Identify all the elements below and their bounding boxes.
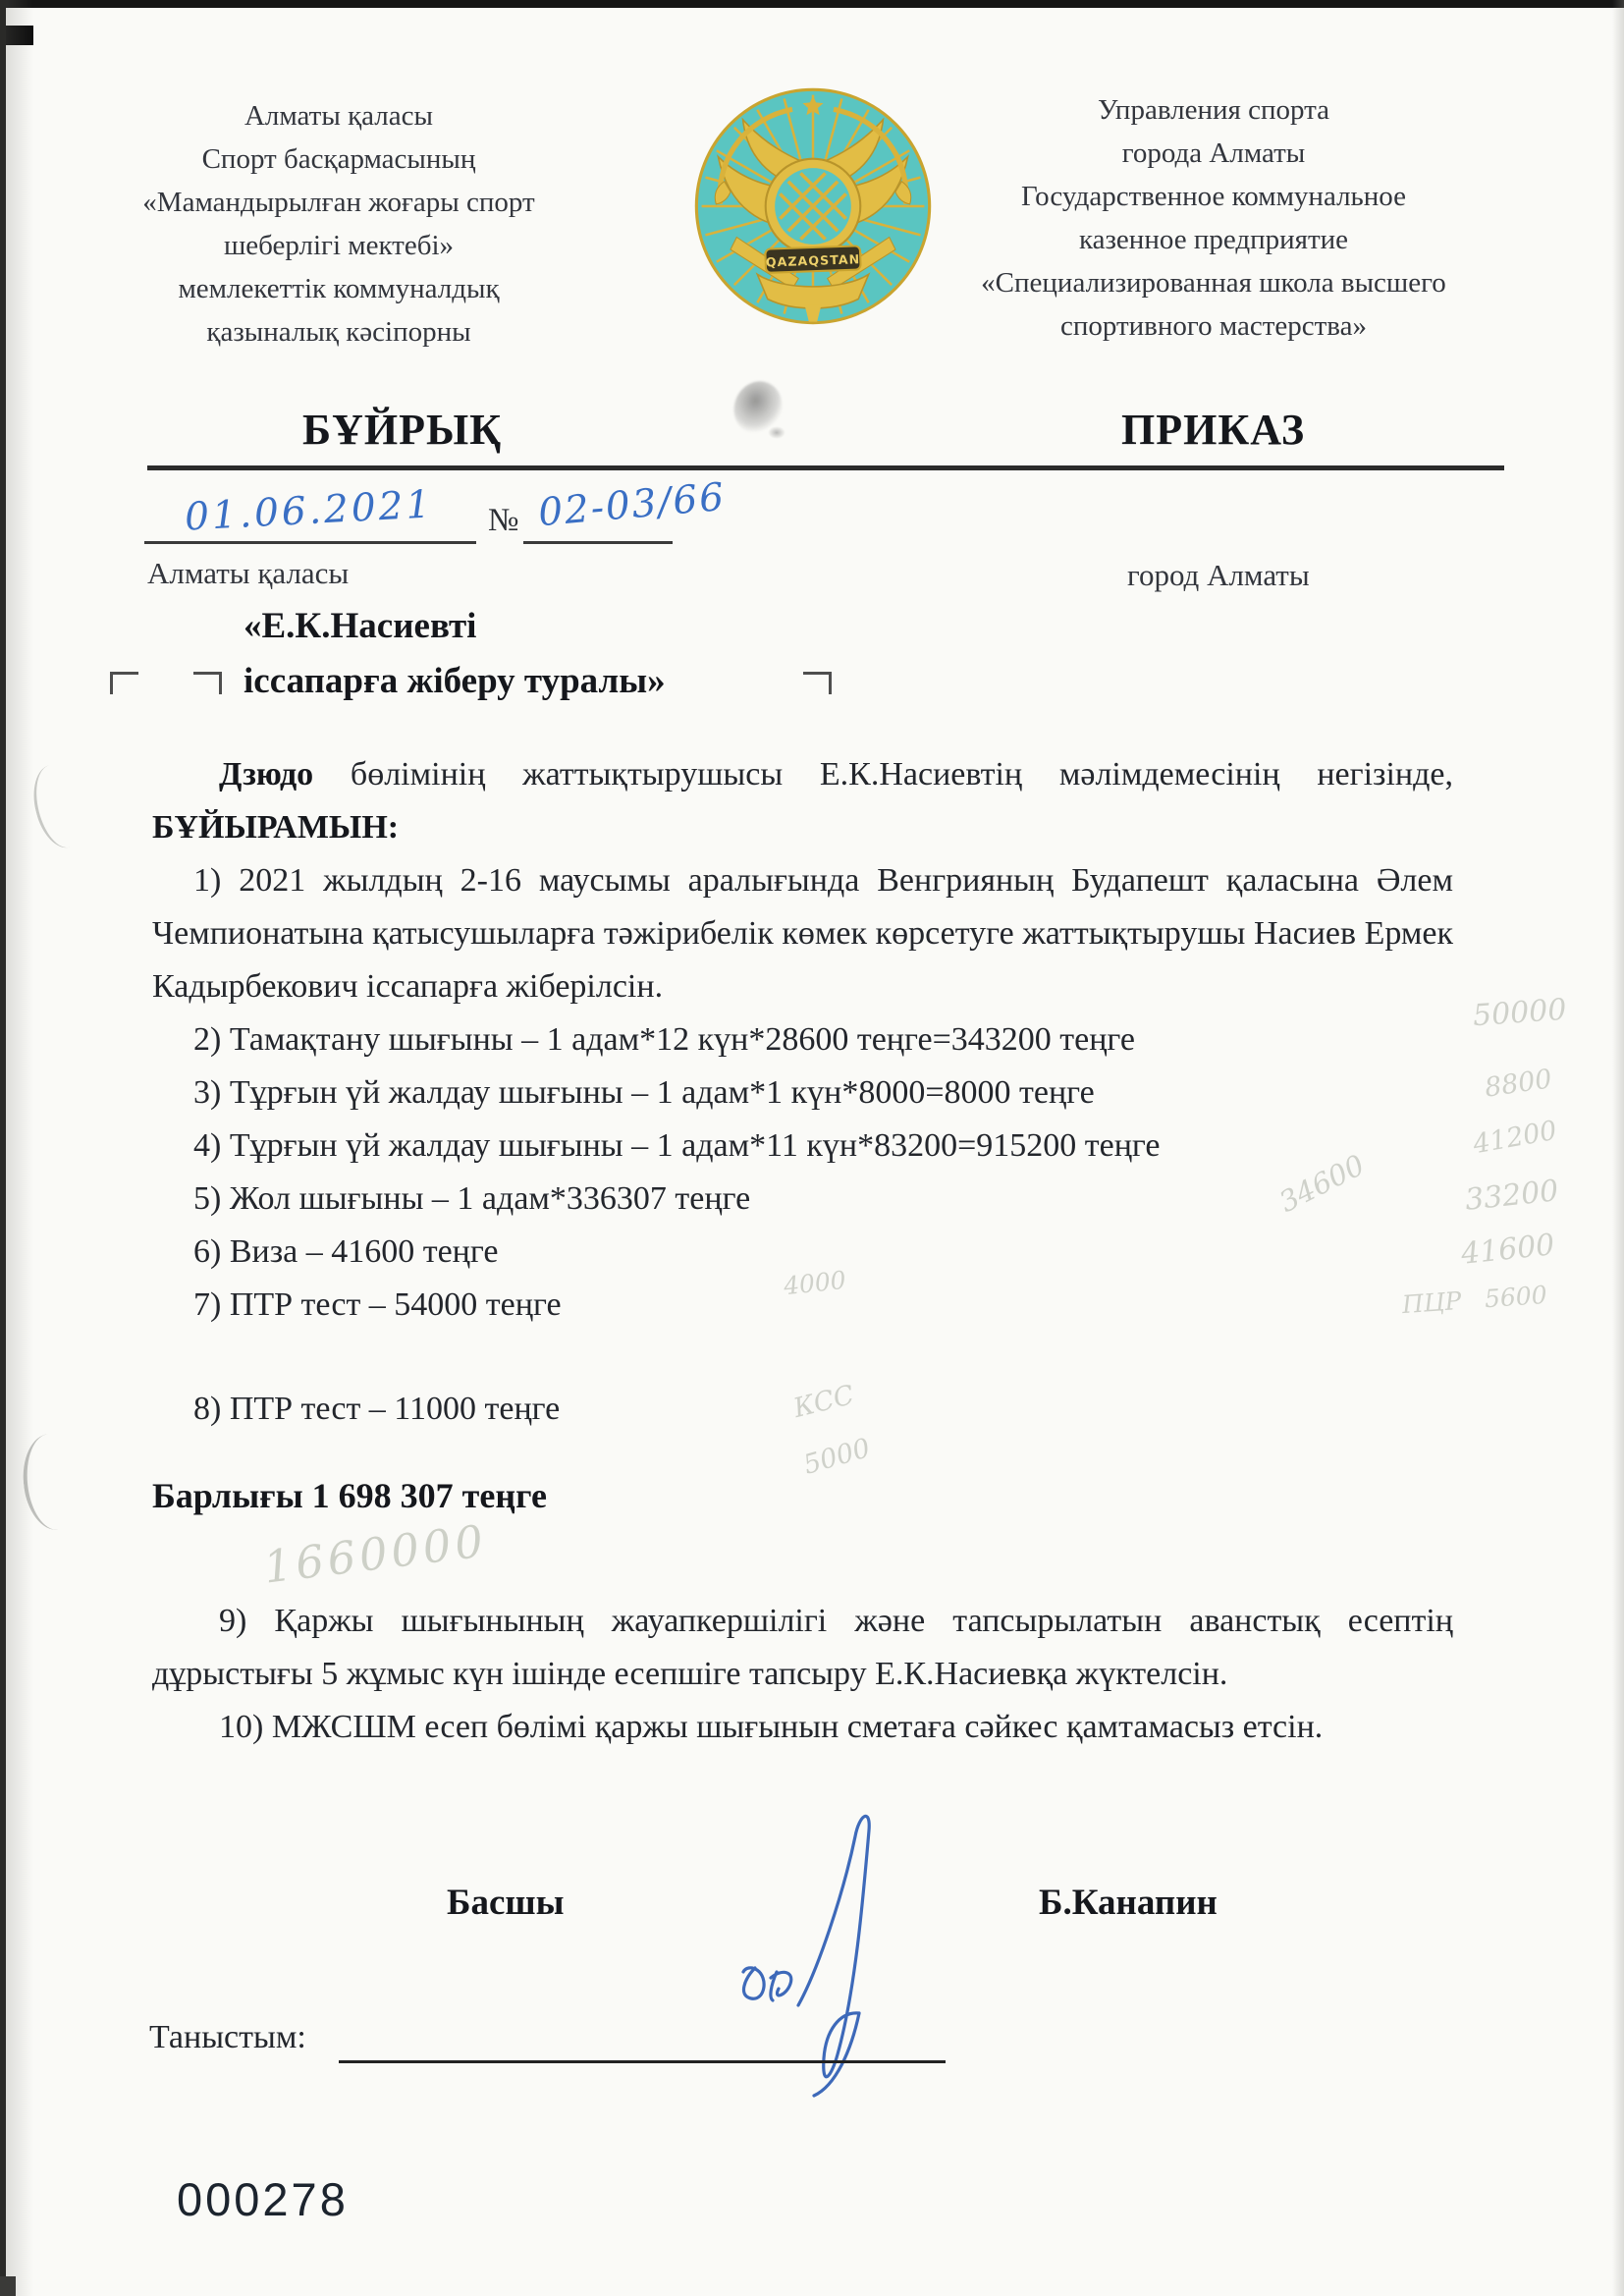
- org-line: Спорт басқармасының: [126, 137, 552, 181]
- order-item-5: 5) Жол шығыны – 1 адам*336307 теңге: [152, 1173, 1453, 1226]
- pencil-note: 5600: [1484, 1281, 1547, 1313]
- doc-title-kazakh: БҰЙРЫҚ: [302, 405, 502, 455]
- order-item-2: 2) Тамақтану шығыны – 1 адам*12 күн*2860…: [152, 1013, 1453, 1066]
- signature-name: Б.Канапин: [1039, 1882, 1218, 1924]
- emblem-lattice: [780, 173, 845, 239]
- org-line: Алматы қаласы: [126, 94, 552, 137]
- scan-shadow-left: [6, 0, 33, 2296]
- doc-title-russian: ПРИКАЗ: [1121, 405, 1305, 455]
- kazakhstan-coat-of-arms: QAZAQSTAN: [689, 82, 937, 330]
- order-item-1: 1) 2021 жылдың 2-16 маусымы аралығында В…: [152, 854, 1453, 1013]
- order-item-9: 9) Қаржы шығынының жауапкершілігі және т…: [152, 1595, 1453, 1701]
- scanned-order-document: Алматы қаласы Спорт басқармасының «Маман…: [0, 0, 1624, 2296]
- scan-corner-mark-bottom: [0, 2276, 16, 2296]
- frame-corner-mark: [803, 672, 832, 694]
- org-line: Управления спорта: [927, 88, 1500, 132]
- ink-smudge: [768, 426, 785, 439]
- total-amount-line: Барлығы 1 698 307 теңге: [152, 1469, 1453, 1522]
- org-line: «Мамандырылған жоғары спорт: [126, 181, 552, 224]
- number-sign: №: [488, 503, 519, 539]
- org-line: города Алматы: [927, 132, 1500, 175]
- pencil-note: 41200: [1471, 1116, 1559, 1160]
- order-item-3: 3) Тұрғын үй жалдау шығыны – 1 адам*1 кү…: [152, 1066, 1453, 1120]
- acknowledgement-underline: [339, 2060, 946, 2063]
- org-line: казенное предприятие: [927, 218, 1500, 261]
- org-line: спортивного мастерства»: [927, 304, 1500, 348]
- form-number: 000278: [177, 2172, 349, 2226]
- org-line: мемлекеттік коммуналдық: [126, 267, 552, 310]
- intro-paragraph: Дзюдо бөлімінің жаттықтырушысы Е.К.Насие…: [152, 748, 1453, 854]
- number-underline: [523, 541, 673, 544]
- order-item-10: 10) МЖСШМ есеп бөлімі қаржы шығынын смет…: [152, 1701, 1453, 1754]
- org-line: «Специализированная школа высшего: [927, 261, 1500, 304]
- signature-role: Басшы: [447, 1882, 565, 1924]
- intro-middle: бөлімінің жаттықтырушысы Е.К.Насиевтің м…: [313, 756, 1453, 793]
- subject-line-2: іссапарға жіберу туралы»: [244, 654, 666, 709]
- order-subject: «Е.К.Насиевті іссапарға жіберу туралы»: [244, 599, 666, 709]
- org-line: қазыналық кәсіпорны: [126, 310, 552, 354]
- org-name-kazakh: Алматы қаласы Спорт басқармасының «Маман…: [126, 94, 552, 354]
- org-line: Государственное коммунальное: [927, 175, 1500, 218]
- pencil-note: ПЦР: [1401, 1286, 1462, 1319]
- pencil-note: 41600: [1459, 1228, 1556, 1272]
- pencil-note: 50000: [1472, 993, 1568, 1034]
- org-name-russian: Управления спорта города Алматы Государс…: [927, 88, 1500, 348]
- subject-line-1: «Е.К.Насиевті: [244, 599, 666, 654]
- frame-corner-mark: [110, 672, 138, 694]
- org-line: шеберлігі мектебі»: [126, 224, 552, 267]
- divider-rule: [147, 465, 1504, 470]
- intro-order-word: БҰЙЫРАМЫН:: [152, 809, 399, 846]
- signature-ink: [722, 1803, 918, 2098]
- intro-lead: Дзюдо: [219, 756, 313, 793]
- place-russian: город Алматы: [1127, 558, 1310, 593]
- emblem-banner: QAZAQSTAN: [765, 246, 860, 273]
- scan-shadow-right: [1612, 0, 1624, 2296]
- order-item-4: 4) Тұрғын үй жалдау шығыны – 1 адам*11 к…: [152, 1120, 1453, 1173]
- date-underline: [144, 541, 476, 544]
- order-date-handwritten: 01.06.2021: [184, 482, 434, 539]
- order-body: Дзюдо бөлімінің жаттықтырушысы Е.К.Насие…: [152, 748, 1453, 1754]
- scan-edge-top: [0, 0, 1624, 8]
- order-number-handwritten: 02-03/66: [536, 475, 727, 535]
- pencil-note: 8800: [1483, 1064, 1553, 1103]
- acknowledgement-label: Таныстым:: [149, 2019, 306, 2056]
- place-kazakh: Алматы қаласы: [147, 556, 349, 591]
- pencil-note: 33200: [1463, 1174, 1560, 1218]
- frame-corner-mark: [193, 672, 222, 694]
- paper-fold-mark: [26, 759, 92, 852]
